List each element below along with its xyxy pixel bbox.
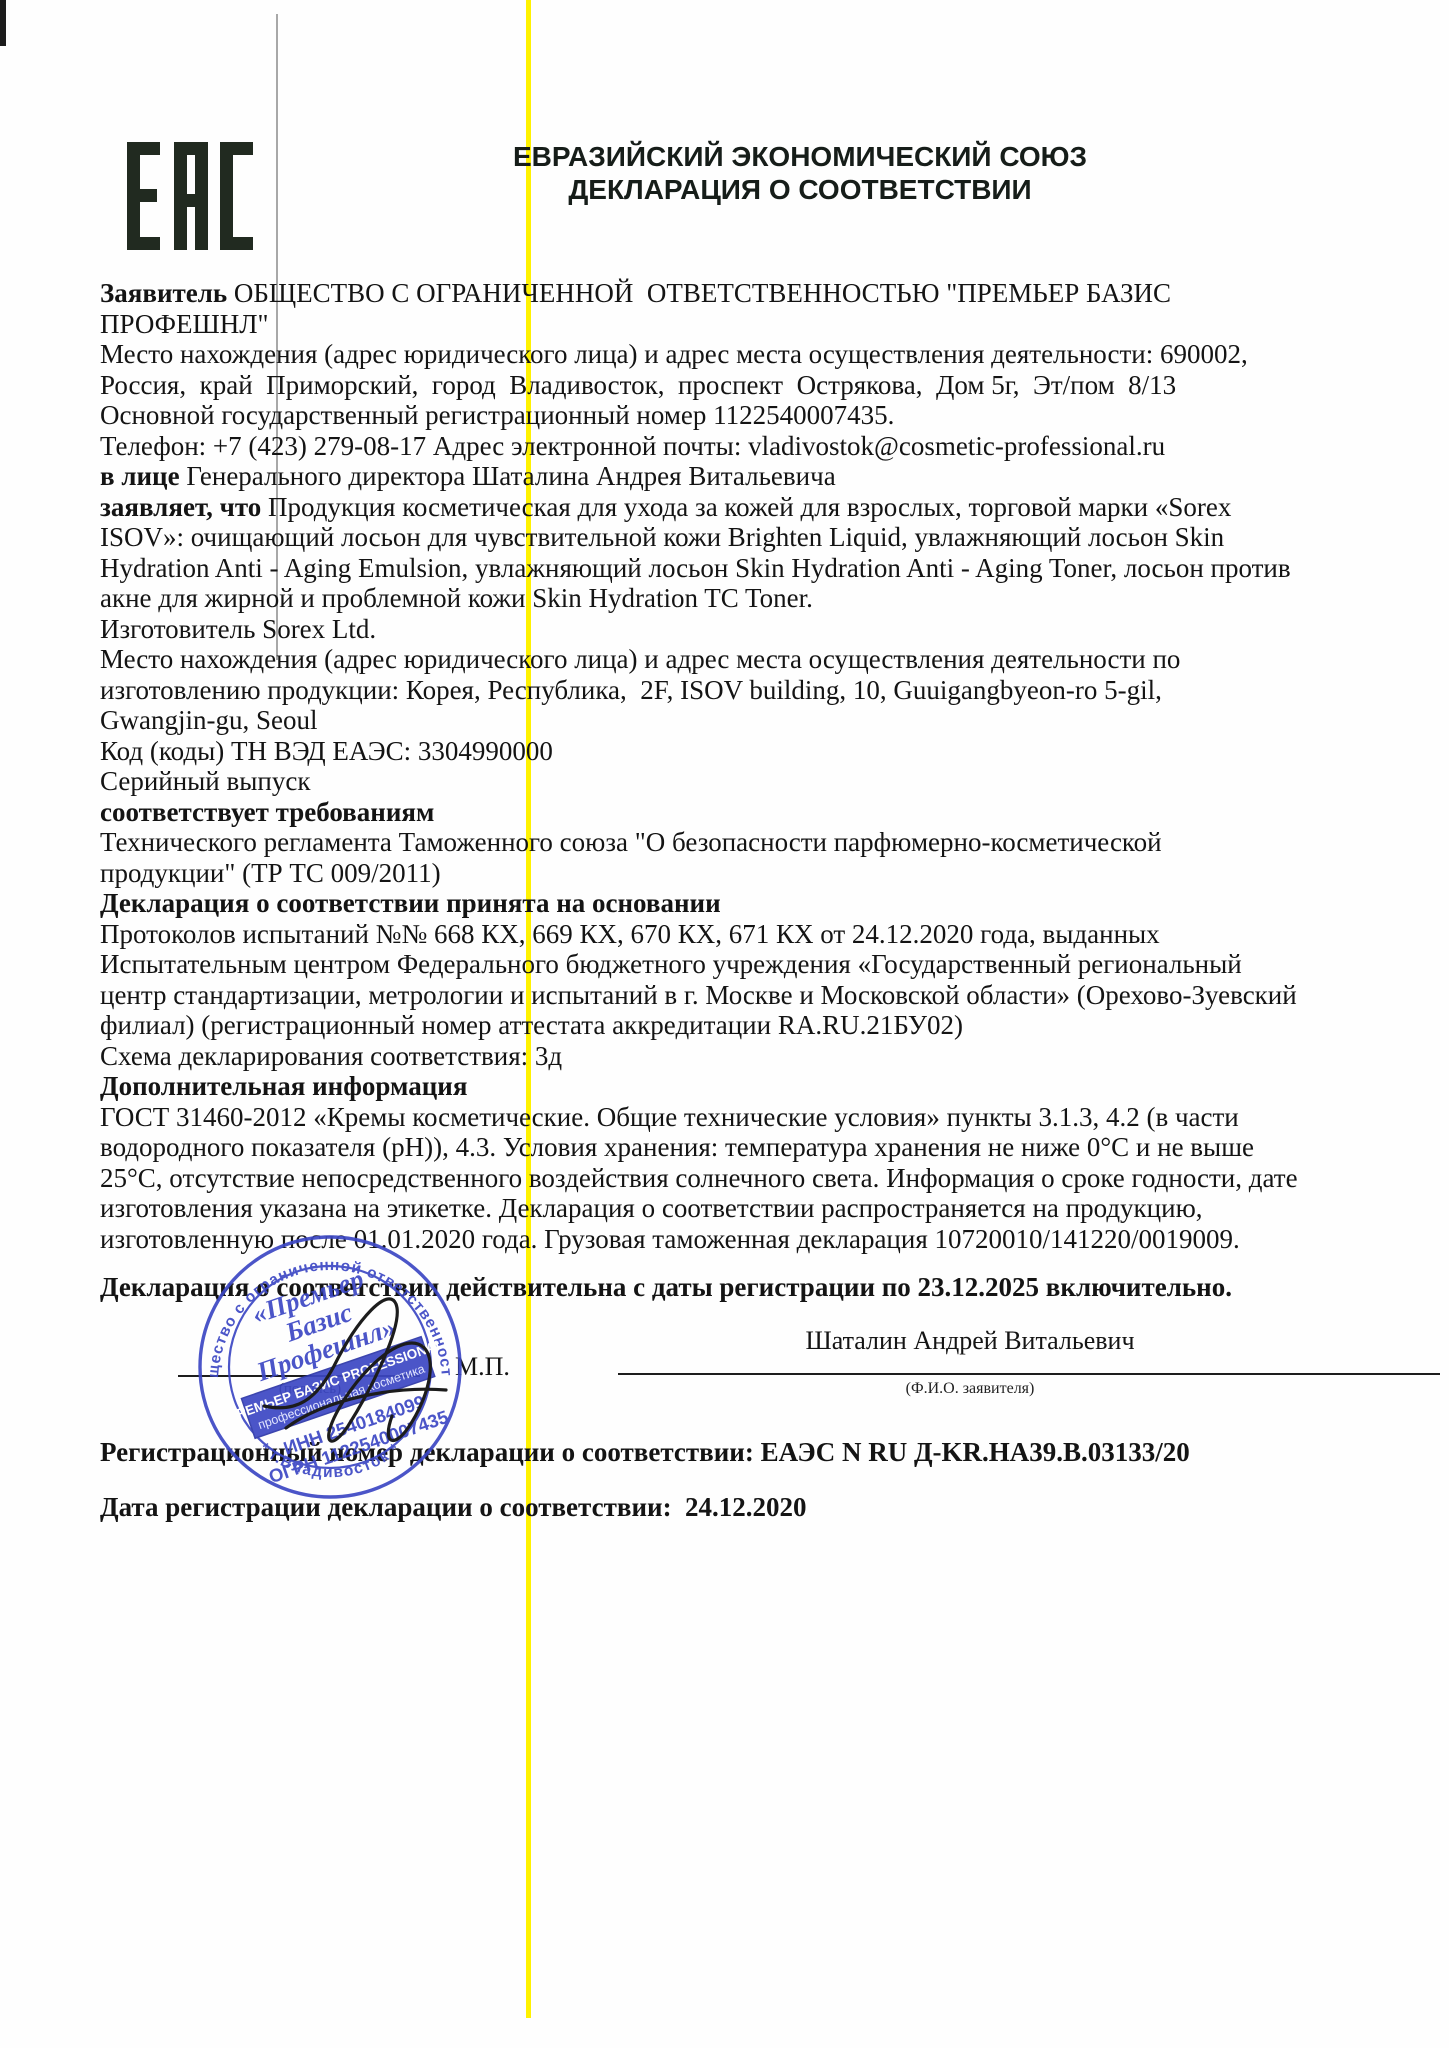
text-line: Технического регламента Таможенного союз… [100,827,1400,858]
signature-line-right [618,1373,1440,1375]
text-line: центр стандартизации, метрологии и испыт… [100,980,1400,1011]
text-line: изготовленную после 01.01.2020 года. Гру… [100,1224,1400,1255]
text-line: ГОСТ 31460-2012 «Кремы косметические. Об… [100,1102,1400,1133]
text-line: Изготовитель Sorex Ltd. [100,614,1400,645]
text-line: водородного показателя (pH)), 4.3. Услов… [100,1132,1400,1163]
stamp-inner-line2: Базис [281,1297,356,1348]
body-text: Заявитель ОБЩЕСТВО С ОГРАНИЧЕННОЙ ОТВЕТС… [100,278,1400,1254]
text-line: Протоколов испытаний №№ 668 КХ, 669 КХ, … [100,919,1400,950]
signature-line-left [178,1375,420,1377]
text-line: ISOV»: очищающий лосьон для чувствительн… [100,522,1400,553]
title-line-1: ЕВРАЗИЙСКИЙ ЭКОНОМИЧЕСКИЙ СОЮЗ [430,140,1170,173]
validity-statement: Декларация о соответствии действительна … [100,1272,1400,1303]
text-line: ПРОФЕШНЛ" [100,309,1400,340]
text-line: Декларация о соответствии принята на осн… [100,888,1400,919]
text-line: заявляет, что Продукция косметическая дл… [100,492,1400,523]
text-line: изготовления указана на этикетке. Деклар… [100,1193,1400,1224]
applicant-name: Шаталин Андрей Витальевич [640,1326,1300,1356]
text-line: Место нахождения (адрес юридического лиц… [100,644,1400,675]
text-line: Заявитель ОБЩЕСТВО С ОГРАНИЧЕННОЙ ОТВЕТС… [100,278,1400,309]
text-line: акне для жирной и проблемной кожи Skin H… [100,583,1400,614]
text-line: в лице Генерального директора Шаталина А… [100,461,1400,492]
scan-edge-mark [0,0,6,46]
text-line: Россия, край Приморский, город Владивост… [100,370,1400,401]
text-line: изготовлению продукции: Корея, Республик… [100,675,1400,706]
text-line: Gwangjin-gu, Seoul [100,705,1400,736]
title-line-2: ДЕКЛАРАЦИЯ О СООТВЕТСТВИИ [430,173,1170,206]
text-line: Схема декларирования соответствия: 3д [100,1041,1400,1072]
registration-date-line: Дата регистрации декларации о соответств… [100,1492,1400,1523]
text-line: Основной государственный регистрационный… [100,400,1400,431]
text-line: Hydration Anti - Aging Emulsion, увлажня… [100,553,1400,584]
applicant-name-caption: (Ф.И.О. заявителя) [640,1380,1300,1398]
document-title: ЕВРАЗИЙСКИЙ ЭКОНОМИЧЕСКИЙ СОЮЗ ДЕКЛАРАЦИ… [430,140,1170,206]
text-line: 25°С, отсутствие непосредственного возде… [100,1163,1400,1194]
registration-number-line: Регистрационный номер декларации о соотв… [100,1437,1400,1468]
signature-caption: (подпись) [230,1381,390,1398]
text-line: Дополнительная информация [100,1071,1400,1102]
text-line: соответствует требованиям [100,797,1400,828]
eac-logo [127,142,253,250]
text-line: Серийный выпуск [100,766,1400,797]
stamp-place-label: М.П. [455,1352,510,1382]
text-line: продукции" (ТР ТС 009/2011) [100,858,1400,889]
text-line: Место нахождения (адрес юридического лиц… [100,339,1400,370]
text-line: Код (коды) ТН ВЭД ЕАЭС: 3304990000 [100,736,1400,767]
declaration-document-page: ЕВРАЗИЙСКИЙ ЭКОНОМИЧЕСКИЙ СОЮЗ ДЕКЛАРАЦИ… [0,0,1449,2048]
text-line: Испытательным центром Федерального бюдже… [100,949,1400,980]
text-line: Телефон: +7 (423) 279-08-17 Адрес электр… [100,431,1400,462]
text-line: филиал) (регистрационный номер аттестата… [100,1010,1400,1041]
